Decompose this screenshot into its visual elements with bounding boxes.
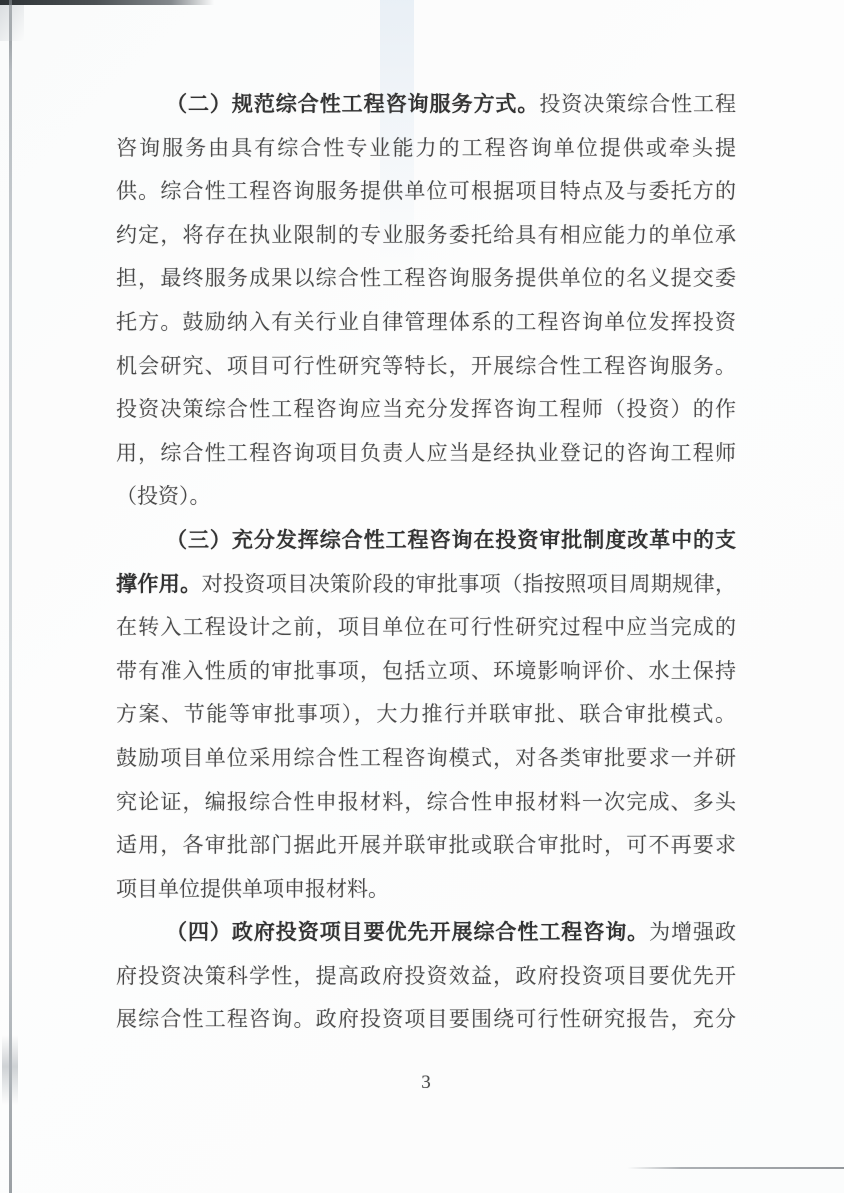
scan-artifact-bottom-line bbox=[627, 1167, 844, 1169]
paragraph-body-text: 对投资项目决策阶段的审批事项（指按照项目周期规律， bbox=[202, 572, 736, 596]
text-line: 供。综合性工程咨询服务提供单位可根据项目特点及与委托方的 bbox=[116, 170, 736, 214]
paragraph-body-text: （投资）。 bbox=[116, 484, 211, 508]
text-line: 担，最终服务成果以综合性工程咨询服务提供单位的名义提交委 bbox=[116, 257, 736, 301]
paragraph-heading-text: （四）政府投资项目要优先开展综合性工程咨询。 bbox=[166, 920, 649, 944]
paragraph-body-text: 约定，将存在执业限制的专业服务委托给具有相应能力的单位承 bbox=[116, 223, 736, 247]
paragraph-body-text: 鼓励项目单位采用综合性工程咨询模式，对各类审批要求一并研 bbox=[116, 746, 736, 770]
paragraph-body-text: 究论证，编报综合性申报材料，综合性申报材料一次完成、多头 bbox=[116, 790, 736, 814]
text-line: 托方。鼓励纳入有关行业自律管理体系的工程咨询单位发挥投资 bbox=[116, 301, 736, 345]
paragraph-heading-text: 撑作用。 bbox=[116, 572, 202, 596]
text-line: （投资）。 bbox=[116, 475, 736, 519]
text-line: 展综合性工程咨询。政府投资项目要围绕可行性研究报告，充分 bbox=[116, 998, 736, 1042]
paragraph-body-text: 在转入工程设计之前，项目单位在可行性研究过程中应当完成的 bbox=[116, 615, 736, 639]
paragraph-body-text: 供。综合性工程咨询服务提供单位可根据项目特点及与委托方的 bbox=[116, 179, 736, 203]
text-line: 撑作用。对投资项目决策阶段的审批事项（指按照项目周期规律， bbox=[116, 563, 736, 607]
text-line: 鼓励项目单位采用综合性工程咨询模式，对各类审批要求一并研 bbox=[116, 737, 736, 781]
paragraph-body-text: 用，综合性工程咨询项目负责人应当是经执业登记的咨询工程师 bbox=[116, 441, 736, 465]
paragraph-body-text: 府投资决策科学性，提高政府投资效益，政府投资项目要优先开 bbox=[116, 964, 736, 988]
text-line: 机会研究、项目可行性研究等特长，开展综合性工程咨询服务。 bbox=[116, 345, 736, 389]
paragraph-heading-text: （三）充分发挥综合性工程咨询在投资审批制度改革中的支 bbox=[166, 528, 736, 552]
text-line: 究论证，编报综合性申报材料，综合性申报材料一次完成、多头 bbox=[116, 781, 736, 825]
text-line: （四）政府投资项目要优先开展综合性工程咨询。为增强政 bbox=[116, 911, 736, 955]
paragraph-body-text: 托方。鼓励纳入有关行业自律管理体系的工程咨询单位发挥投资 bbox=[116, 310, 736, 334]
text-line: 投资决策综合性工程咨询应当充分发挥咨询工程师（投资）的作 bbox=[116, 388, 736, 432]
scan-artifact-left-smudge bbox=[2, 1035, 18, 1105]
paragraph-heading-text: （二）规范综合性工程咨询服务方式。 bbox=[166, 92, 539, 116]
text-line: 在转入工程设计之前，项目单位在可行性研究过程中应当完成的 bbox=[116, 606, 736, 650]
paragraph-body-text: 项目单位提供单项申报材料。 bbox=[116, 877, 389, 901]
paragraph-body-text: 为增强政 bbox=[649, 920, 736, 944]
scan-artifact-left-corner bbox=[0, 5, 24, 41]
text-line: 用，综合性工程咨询项目负责人应当是经执业登记的咨询工程师 bbox=[116, 432, 736, 476]
scan-artifact-top-bar bbox=[0, 0, 214, 5]
document-body: （二）规范综合性工程咨询服务方式。投资决策综合性工程咨询服务由具有综合性专业能力… bbox=[116, 83, 736, 1042]
text-line: 方案、节能等审批事项），大力推行并联审批、联合审批模式。 bbox=[116, 693, 736, 737]
text-line: 咨询服务由具有综合性专业能力的工程咨询单位提供或牵头提 bbox=[116, 127, 736, 171]
paragraph-body-text: 带有准入性质的审批事项，包括立项、环境影响评价、水土保持 bbox=[116, 659, 736, 683]
text-line: 约定，将存在执业限制的专业服务委托给具有相应能力的单位承 bbox=[116, 214, 736, 258]
paragraph-body-text: 机会研究、项目可行性研究等特长，开展综合性工程咨询服务。 bbox=[116, 354, 736, 378]
scan-artifact-left-edge-line bbox=[9, 0, 12, 1193]
text-line: 项目单位提供单项申报材料。 bbox=[116, 868, 736, 912]
paragraph-body-text: 展综合性工程咨询。政府投资项目要围绕可行性研究报告，充分 bbox=[116, 1007, 736, 1031]
text-line: 适用，各审批部门据此开展并联审批或联合审批时，可不再要求 bbox=[116, 824, 736, 868]
text-line: 带有准入性质的审批事项，包括立项、环境影响评价、水土保持 bbox=[116, 650, 736, 694]
paragraph-body-text: 投资决策综合性工程 bbox=[539, 92, 736, 116]
text-line: （三）充分发挥综合性工程咨询在投资审批制度改革中的支 bbox=[116, 519, 736, 563]
paragraph-body-text: 适用，各审批部门据此开展并联审批或联合审批时，可不再要求 bbox=[116, 833, 736, 857]
text-line: 府投资决策科学性，提高政府投资效益，政府投资项目要优先开 bbox=[116, 955, 736, 999]
scanned-document-page: （二）规范综合性工程咨询服务方式。投资决策综合性工程咨询服务由具有综合性专业能力… bbox=[0, 0, 844, 1193]
paragraph-body-text: 方案、节能等审批事项），大力推行并联审批、联合审批模式。 bbox=[116, 702, 736, 726]
page-number: 3 bbox=[116, 1072, 736, 1094]
paragraph-body-text: 担，最终服务成果以综合性工程咨询服务提供单位的名义提交委 bbox=[116, 266, 736, 290]
paragraph-body-text: 投资决策综合性工程咨询应当充分发挥咨询工程师（投资）的作 bbox=[116, 397, 736, 421]
paragraph-body-text: 咨询服务由具有综合性专业能力的工程咨询单位提供或牵头提 bbox=[116, 136, 736, 160]
text-line: （二）规范综合性工程咨询服务方式。投资决策综合性工程 bbox=[116, 83, 736, 127]
